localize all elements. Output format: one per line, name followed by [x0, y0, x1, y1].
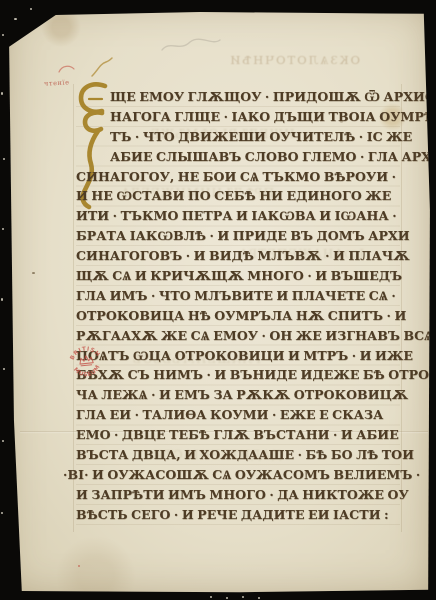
parchment-page: ОКЗѦЛОТОЧНѢИ ИШЕДЪВЬСѢМЪЖЕ ПРѢДЪНИМИЖЕГЛ…	[0, 0, 436, 600]
stain-speck	[340, 120, 343, 123]
gospel-text-block: ЩЕ ЕМОУ ГЛѪЩОУ · ПРИДОШѪ Ѿ АРХИСИ НАГОГА…	[76, 87, 400, 525]
text-line: ЧА ЛЕЖѦ · И ЕМЪ ЗА РѪКѪ ОТРОКОВИЦѪ	[76, 385, 400, 405]
text-line: ВѢСТЬ СЕГО · И РЕЧЕ ДАДИТЕ ЕИ ІАСТИ :	[76, 505, 400, 525]
crown-icon	[79, 355, 93, 366]
british-museum-stamp: BRITISH MUSEUM	[65, 341, 107, 383]
text-line: ЩѪ СѦ И КРИЧѪЩѪ МНОГО · И ВЪШЕДЪ	[76, 266, 400, 286]
red-flourish	[58, 63, 76, 75]
text-line: АБИЕ СЛЫШАВЪ СЛОВО ГЛЕМО · ГЛА АРХИ	[110, 147, 400, 167]
text-line: ·ВІ· И ОУЖАСОШѪ СѦ ОУЖАСОМЪ ВЕЛИЕМЪ ·	[63, 465, 400, 485]
text-line: И ЗАПРѢТИ ИМЪ МНОГО · ДА НИКТОЖЕ ОУ	[76, 485, 400, 505]
manuscript-photograph: ОКЗѦЛОТОЧНѢИ ИШЕДЪВЬСѢМЪЖЕ ПРѢДЪНИМИЖЕГЛ…	[0, 0, 436, 600]
text-line: И НЕ ѠСТАВИ ПО СЕБѢ НИ ЕДИНОГО ЖЕ	[76, 186, 400, 206]
text-line: ТЪ · ЧТО ДВИЖЕШИ ОУЧИТЕЛѢ · ІС ЖЕ	[110, 127, 400, 147]
text-line: БѢХѪ СЪ НИМЪ · И ВЪНИДЕ ИДЕЖЕ БѢ ОТРО	[76, 365, 400, 385]
text-line: СИНАГОГОВЪ · И ВИДѢ МЛЪВѪ · И ПЛАЧѪ	[76, 246, 400, 266]
pencil-scribble	[160, 32, 222, 58]
text-line: ВЪСТА ДВЦА, И ХОЖДААШЕ · БѢ БО ЛѢ ТОИ	[76, 445, 400, 465]
text-line: НАГОГА ГЛЩЕ · ІАКО ДЪЩИ ТВОІА ОУМРѢ	[110, 107, 400, 127]
red-speck	[78, 565, 80, 567]
text-line: ПОѦТЪ ѠЦА ОТРОКОВИЦИ И МТРЪ · И ИЖЕ	[76, 346, 400, 366]
text-line: ОТРОКОВИЦА НѢ ОУМРЪЛА НѪ СПИТЪ · И	[76, 306, 400, 326]
text-line: РѪГААХѪ ЖЕ СѦ ЕМОУ · ОН ЖЕ ИЗГНАВЪ ВСѦ	[76, 326, 400, 346]
gold-flourish	[90, 56, 114, 78]
stamp-text-bottom: MUSEUM	[72, 363, 103, 380]
text-line: ГЛА ИМЪ · ЧТО МЛЪВИТЕ И ПЛАЧЕТЕ СѦ ·	[76, 286, 400, 306]
text-line: ГЛА ЕИ · ТАЛИѲА КОУМИ · ЕЖЕ Е СКАЗА	[76, 405, 400, 425]
text-line: СИНАГОГОУ, НЕ БОИ СѦ ТЪКМО ВѢРОУИ ·	[76, 167, 400, 187]
svg-text:MUSEUM: MUSEUM	[72, 363, 103, 380]
red-margin-note: чтенїе	[44, 78, 70, 87]
ink-speck	[32, 272, 35, 274]
text-line: ИТИ · ТЪКМО ПЕТРА И ІАКѠВА И ІѠАНА ·	[76, 206, 400, 226]
text-line: БРАТА ІАКѠВЛѢ · И ПРИДЕ ВЪ ДОМЪ АРХИ	[76, 226, 400, 246]
text-line: ЩЕ ЕМОУ ГЛѪЩОУ · ПРИДОШѪ Ѿ АРХИСИ	[110, 87, 400, 107]
text-line: ЕМО · ДВЦЕ ТЕБѢ ГЛѪ ВЪСТАНИ · И АБИЕ	[76, 425, 400, 445]
